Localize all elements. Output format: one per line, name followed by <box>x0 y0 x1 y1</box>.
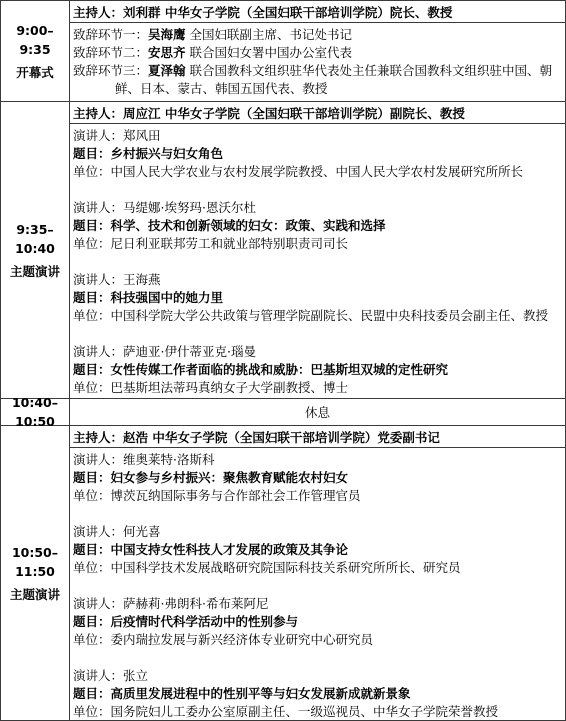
time-cell-break: 10:40–10:50 <box>1 399 70 425</box>
talk-org: 单位：中国科学技术发展战略研究院国际科技关系研究所所长、研究员 <box>73 559 561 577</box>
session-type: 主题演讲 <box>10 585 60 604</box>
talk-org: 单位：中国科学院大学公共政策与管理学院副院长、民盟中央科技委员会副主任、教授 <box>73 307 561 325</box>
talk-org: 单位：巴基斯坦法蒂玛真纳女子大学副教授、博士 <box>73 379 561 397</box>
opening-speeches: 致辞环节一：吴海鹰 全国妇联副主席、书记处书记 致辞环节二：安思齐 联合国妇女署… <box>70 23 565 101</box>
break-label: 休息 <box>70 399 565 425</box>
talk-org: 单位：博茨瓦纳国际事务与合作部社会工作管理官员 <box>73 487 561 505</box>
talk-block: 演讲人：萨迪亚·伊什蒂亚克·瑙曼 题目：女性传媒工作者面临的挑战和威胁：巴基斯坦… <box>73 343 561 397</box>
speech-speaker-desc: 联合国妇女署中国办公室代表 <box>186 45 352 60</box>
talk-speaker: 演讲人：马缇娜·埃努玛·恩沃尔杜 <box>73 199 561 217</box>
talk-speaker: 演讲人：萨迪亚·伊什蒂亚克·瑙曼 <box>73 343 561 361</box>
time-cell-keynote-2: 10:50–11:50 主题演讲 <box>1 426 70 720</box>
talk-speaker: 演讲人：郑风田 <box>73 127 561 145</box>
talk-block: 演讲人：萨赫莉·弗朗科·希布莱阿尼 题目：后疫情时代科学活动中的性别参与 单位：… <box>73 595 561 649</box>
content-cell-keynote-2: 主持人：赵浩 中华女子学院（全国妇联干部培训学院）党委副书记 演讲人：维奥莱特·… <box>70 426 565 720</box>
talk-title: 题目：中国支持女性科技人才发展的政策及其争论 <box>73 541 561 559</box>
talk-title: 题目：后疫情时代科学活动中的性别参与 <box>73 613 561 631</box>
talk-title: 题目：科学、技术和创新领域的妇女：政策、实践和选择 <box>73 217 561 235</box>
talk-speaker: 演讲人：张立 <box>73 667 561 685</box>
session-time: 9:00–9:35 <box>1 21 69 59</box>
host-line: 主持人：赵浩 中华女子学院（全国妇联干部培训学院）党委副书记 <box>70 426 565 448</box>
talk-title: 题目：妇女参与乡村振兴：聚焦教育赋能农村妇女 <box>73 469 561 487</box>
talk-block: 演讲人：王海燕 题目：科技强国中的她力里 单位：中国科学院大学公共政策与管理学院… <box>73 271 561 325</box>
talk-block: 演讲人：郑风田 题目：乡村振兴与妇女角色 单位：中国人民大学农业与农村发展学院教… <box>73 127 561 181</box>
talk-org: 单位：国务院妇儿工委办公室原副主任、一级巡视员、中华女子学院荣誉教授 <box>73 703 561 720</box>
talk-org: 单位：尼日利亚联邦劳工和就业部特别职责司司长 <box>73 235 561 253</box>
speech-label: 致辞环节二： <box>73 45 148 60</box>
talk-speaker: 演讲人：何光喜 <box>73 523 561 541</box>
time-cell-keynote-1: 9:35–10:40 主题演讲 <box>1 102 70 398</box>
session-row-opening: 9:00–9:35 开幕式 主持人：刘利群 中华女子学院（全国妇联干部培训学院）… <box>1 1 565 102</box>
talk-block: 演讲人：张立 题目：高质里发展进程中的性别平等与妇女发展新成就新景象 单位：国务… <box>73 667 561 720</box>
content-cell-opening: 主持人：刘利群 中华女子学院（全国妇联干部培训学院）院长、教授 致辞环节一：吴海… <box>70 1 565 101</box>
talk-title: 题目：科技强国中的她力里 <box>73 289 561 307</box>
session-row-break: 10:40–10:50 休息 <box>1 399 565 426</box>
speech-line: 致辞环节二：安思齐 联合国妇女署中国办公室代表 <box>73 44 561 62</box>
keynote-2-talks: 演讲人：维奥莱特·洛斯科 题目：妇女参与乡村振兴：聚焦教育赋能农村妇女 单位：博… <box>70 448 565 720</box>
speech-speaker-name: 安思齐 <box>148 45 186 60</box>
speech-label: 致辞环节一： <box>73 27 148 42</box>
talk-block: 演讲人：马缇娜·埃努玛·恩沃尔杜 题目：科学、技术和创新领域的妇女：政策、实践和… <box>73 199 561 253</box>
speech-label: 致辞环节三： <box>73 63 148 78</box>
speech-speaker-desc: 全国妇联副主席、书记处书记 <box>186 27 352 42</box>
speech-speaker-name: 夏泽翰 <box>148 63 186 78</box>
session-type: 开幕式 <box>16 63 54 82</box>
speech-line: 致辞环节一：吴海鹰 全国妇联副主席、书记处书记 <box>73 26 561 44</box>
talk-org: 单位：中国人民大学农业与农村发展学院教授、中国人民大学农村发展研究所所长 <box>73 163 561 181</box>
talk-block: 演讲人：维奥莱特·洛斯科 题目：妇女参与乡村振兴：聚焦教育赋能农村妇女 单位：博… <box>73 451 561 505</box>
content-cell-keynote-1: 主持人：周应江 中华女子学院（全国妇联干部培训学院）副院长、教授 演讲人：郑风田… <box>70 102 565 398</box>
speech-line: 致辞环节三：夏泽翰 联合国教科文组织驻华代表处主任兼联合国教科文组织驻中国、朝鲜… <box>73 62 561 98</box>
conference-schedule-table: 9:00–9:35 开幕式 主持人：刘利群 中华女子学院（全国妇联干部培训学院）… <box>0 0 566 721</box>
talk-speaker: 演讲人：维奥莱特·洛斯科 <box>73 451 561 469</box>
talk-title: 题目：乡村振兴与妇女角色 <box>73 145 561 163</box>
time-cell-opening: 9:00–9:35 开幕式 <box>1 1 70 101</box>
session-row-keynote-1: 9:35–10:40 主题演讲 主持人：周应江 中华女子学院（全国妇联干部培训学… <box>1 102 565 399</box>
session-time: 9:35–10:40 <box>1 220 69 258</box>
talk-title: 题目：女性传媒工作者面临的挑战和威胁：巴基斯坦双城的定性研究 <box>73 361 561 379</box>
talk-org: 单位：委内瑞拉发展与新兴经济体专业研究中心研究员 <box>73 631 561 649</box>
talk-title: 题目：高质里发展进程中的性别平等与妇女发展新成就新景象 <box>73 685 561 703</box>
host-line: 主持人：周应江 中华女子学院（全国妇联干部培训学院）副院长、教授 <box>70 102 565 124</box>
keynote-1-talks: 演讲人：郑风田 题目：乡村振兴与妇女角色 单位：中国人民大学农业与农村发展学院教… <box>70 124 565 398</box>
talk-block: 演讲人：何光喜 题目：中国支持女性科技人才发展的政策及其争论 单位：中国科学技术… <box>73 523 561 577</box>
talk-speaker: 演讲人：王海燕 <box>73 271 561 289</box>
host-line: 主持人：刘利群 中华女子学院（全国妇联干部培训学院）院长、教授 <box>70 1 565 23</box>
speech-speaker-name: 吴海鹰 <box>148 27 186 42</box>
talk-speaker: 演讲人：萨赫莉·弗朗科·希布莱阿尼 <box>73 595 561 613</box>
session-row-keynote-2: 10:50–11:50 主题演讲 主持人：赵浩 中华女子学院（全国妇联干部培训学… <box>1 426 565 720</box>
session-type: 主题演讲 <box>10 262 60 281</box>
session-time: 10:50–11:50 <box>1 543 69 581</box>
